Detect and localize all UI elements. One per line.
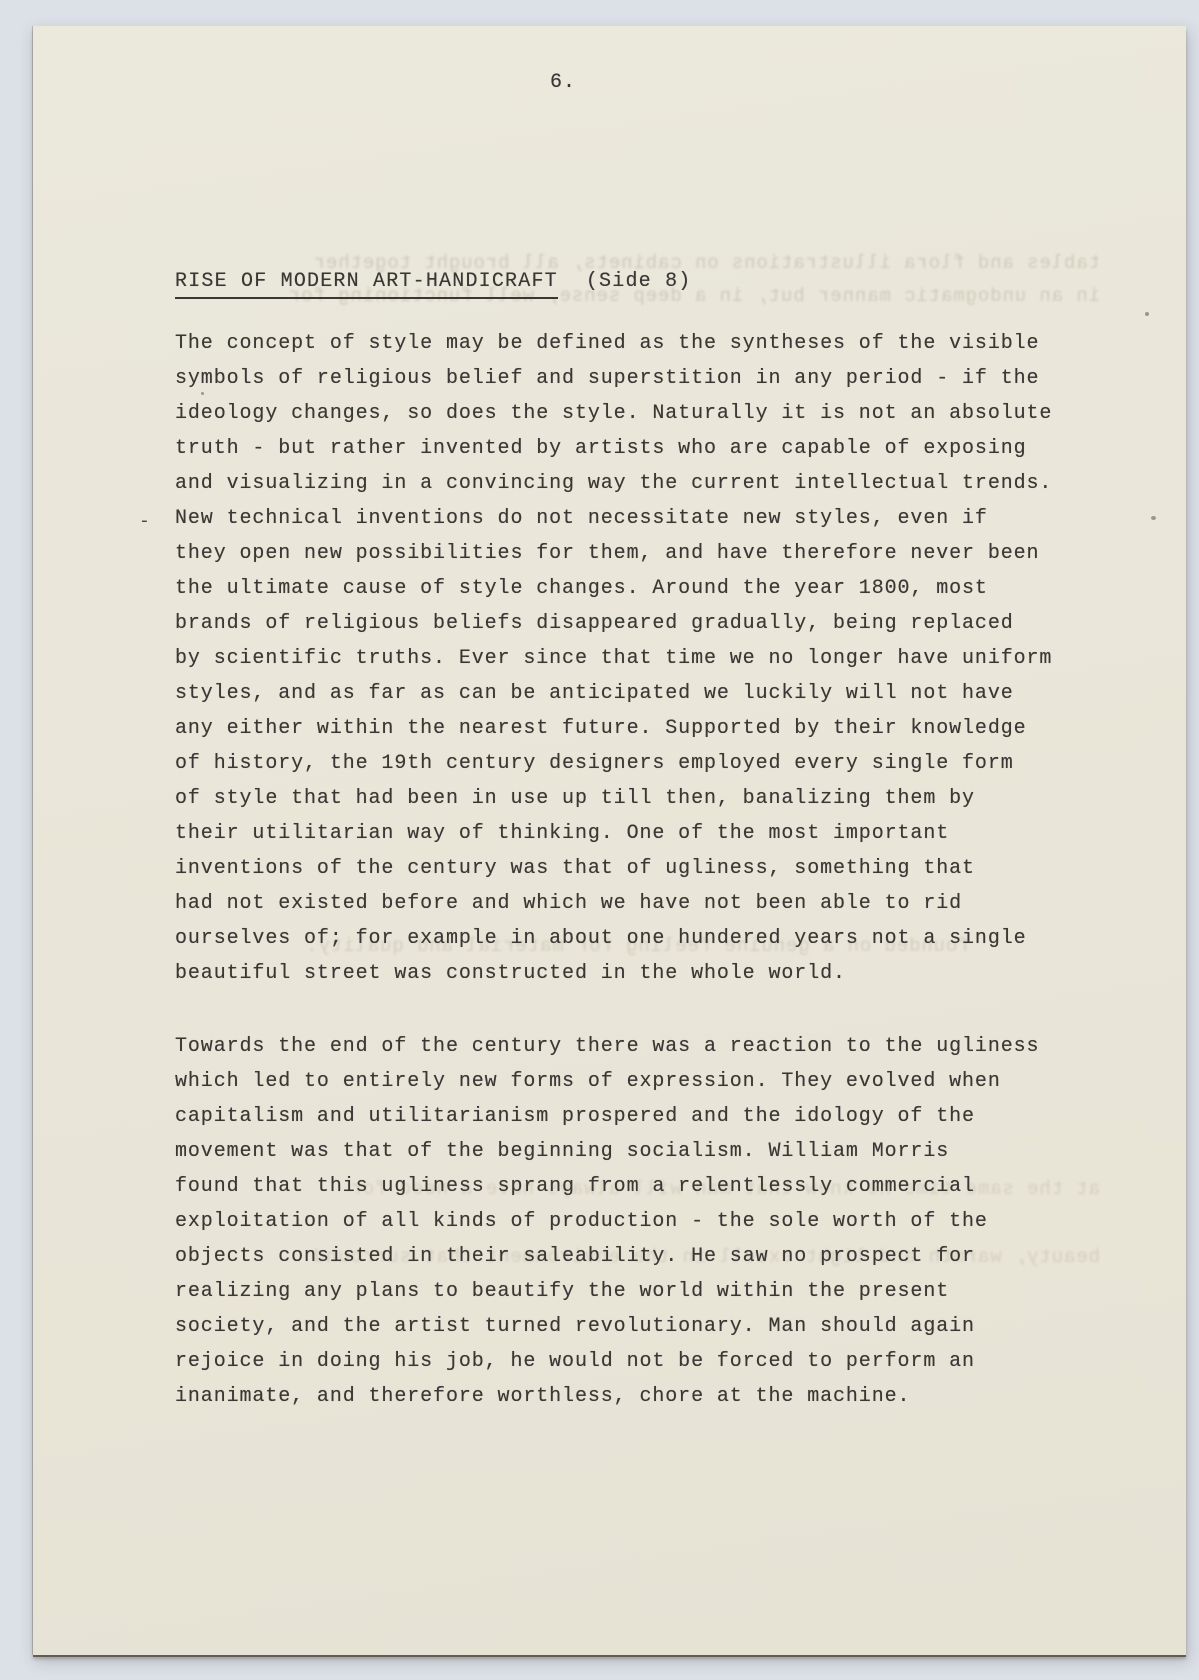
paper-speck xyxy=(1145,312,1149,316)
paper-speck xyxy=(201,392,204,395)
paragraph-1: The concept of style may be defined as t… xyxy=(175,326,1110,991)
document-page: tables and flora illustrations on cabine… xyxy=(33,26,1186,1655)
section-title-text: RISE OF MODERN ART-HANDICRAFT xyxy=(175,270,558,299)
section-title-side-label: (Side 8) xyxy=(586,270,692,293)
paper-speck xyxy=(1151,516,1156,520)
page-number: 6. xyxy=(33,70,1093,96)
section-title: RISE OF MODERN ART-HANDICRAFT(Side 8) xyxy=(175,269,691,295)
margin-mark: - xyxy=(139,512,150,532)
paragraph-2: Towards the end of the century there was… xyxy=(175,1029,1110,1414)
scan-backdrop: tables and flora illustrations on cabine… xyxy=(0,0,1199,1680)
